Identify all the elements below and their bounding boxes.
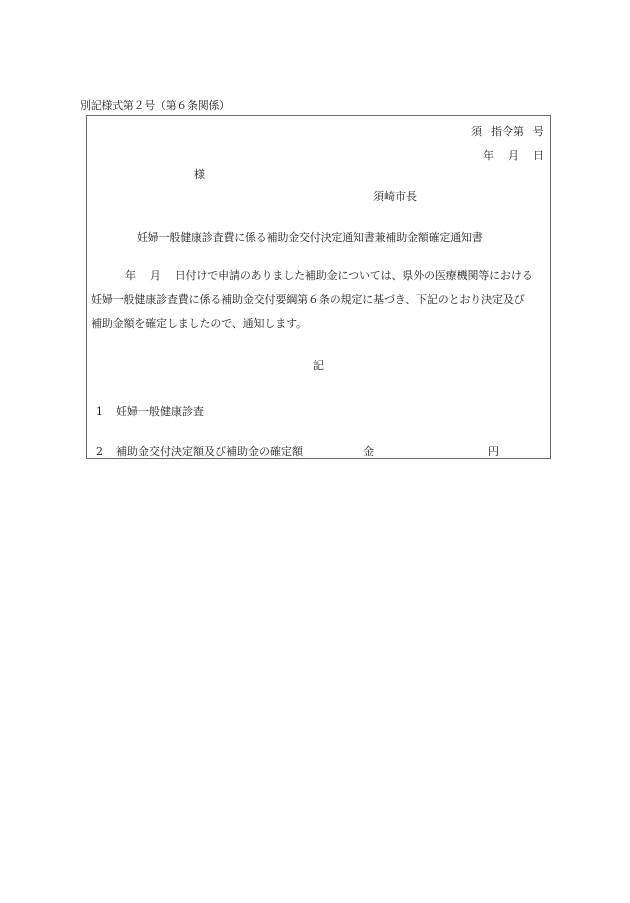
reference-number: 須指令第号 [462,123,544,139]
body-year: 年 [125,269,136,282]
notice-frame: 須指令第号 年月日 様 須崎市長 妊婦一般健康診査費に係る補助金交付決定通知書兼… [86,115,551,459]
date-month: 月 [508,149,519,162]
issuer: 須崎市長 [373,188,417,204]
body-line-1: 年月日付けで申請のありました補助金については、県外の医療機関等における [91,264,549,288]
item-1-number: 1 [96,405,116,418]
date-year: 年 [483,149,494,162]
amount-suffix: 円 [488,443,499,459]
form-label: 別記様式第２号（第６条関係） [80,97,230,113]
reference-middle: 指令第 [491,125,524,138]
body-paragraph: 年月日付けで申請のありました補助金については、県外の医療機関等における 妊婦一般… [91,264,549,336]
addressee: 様 [194,166,205,182]
body-line-3: 補助金額を確定しましたので、通知します。 [91,312,549,336]
reference-prefix: 須 [471,125,482,138]
reference-suffix: 号 [533,125,544,138]
ki-heading: 記 [87,357,550,373]
item-2-number: 2 [96,445,116,458]
body-month: 月 [150,269,161,282]
document-title: 妊婦一般健康診査費に係る補助金交付決定通知書兼補助金額確定通知書 [137,229,483,245]
item-2: 2補助金交付決定額及び補助金の確定額 [96,443,303,459]
item-1: 1妊婦一般健康診査 [96,403,204,419]
date-day: 日 [533,149,544,162]
body-line-1-rest: 日付けで申請のありました補助金については、県外の医療機関等における [175,269,533,282]
item-2-label: 補助金交付決定額及び補助金の確定額 [116,445,303,458]
amount-prefix: 金 [363,443,374,459]
body-line-2: 妊婦一般健康診査費に係る補助金交付要綱第６条の規定に基づき、下記のとおり決定及び [91,288,549,312]
item-1-label: 妊婦一般健康診査 [116,405,204,418]
issue-date: 年月日 [469,147,544,163]
